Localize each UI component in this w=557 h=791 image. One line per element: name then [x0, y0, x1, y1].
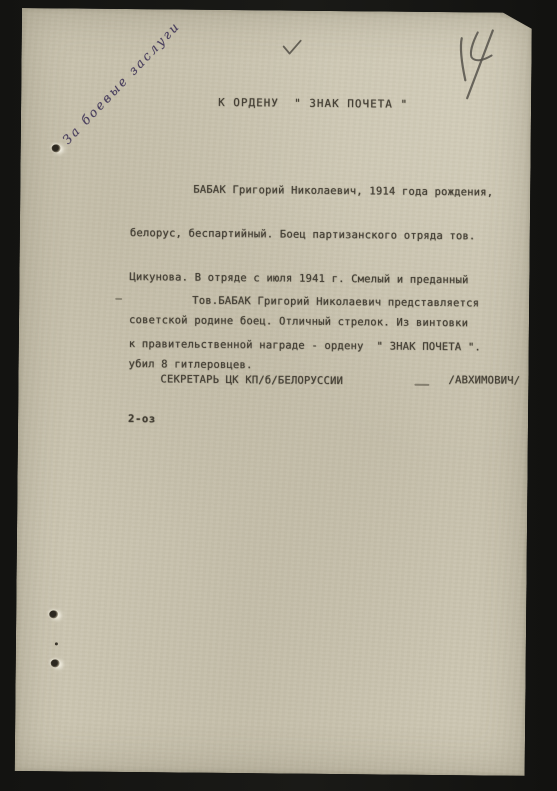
- signature-name: /АВХИМОВИЧ/: [448, 374, 520, 387]
- typist-note: 2-оз: [128, 413, 156, 425]
- paragraph-2: Тов.БАБАК Григорий Николаевич представля…: [128, 267, 481, 382]
- margin-dash: [115, 298, 122, 300]
- paragraph-line: к правительственной награде - ордену " З…: [129, 335, 481, 358]
- scan-background: { "document": { "heading": "К ОРДЕНУ \" …: [0, 0, 557, 791]
- ink-dot: [55, 642, 58, 645]
- page-number-mark: [447, 24, 506, 109]
- handwritten-annotation: За боевые заслуги: [59, 18, 183, 147]
- check-mark-icon: [280, 36, 306, 58]
- hole-punch: [51, 659, 60, 667]
- paragraph-line: белорус, беспартийный. Боец партизанског…: [130, 224, 493, 247]
- hole-punch: [52, 144, 61, 152]
- paragraph-line: БАБАК Григорий Николаевич, 1914 года рож…: [130, 180, 493, 203]
- hole-punch: [49, 610, 58, 618]
- signature-dash: [414, 384, 429, 386]
- document-page: За боевые заслуги К ОРДЕНУ " ЗНАК ПОЧЕТА…: [15, 8, 532, 776]
- document-title: К ОРДЕНУ " ЗНАК ПОЧЕТА ": [218, 96, 408, 111]
- signature-title: СЕКРЕТАРЬ ЦК КП/б/БЕЛОРУССИИ: [160, 373, 343, 387]
- paragraph-line: Тов.БАБАК Григорий Николаевич представля…: [129, 291, 481, 314]
